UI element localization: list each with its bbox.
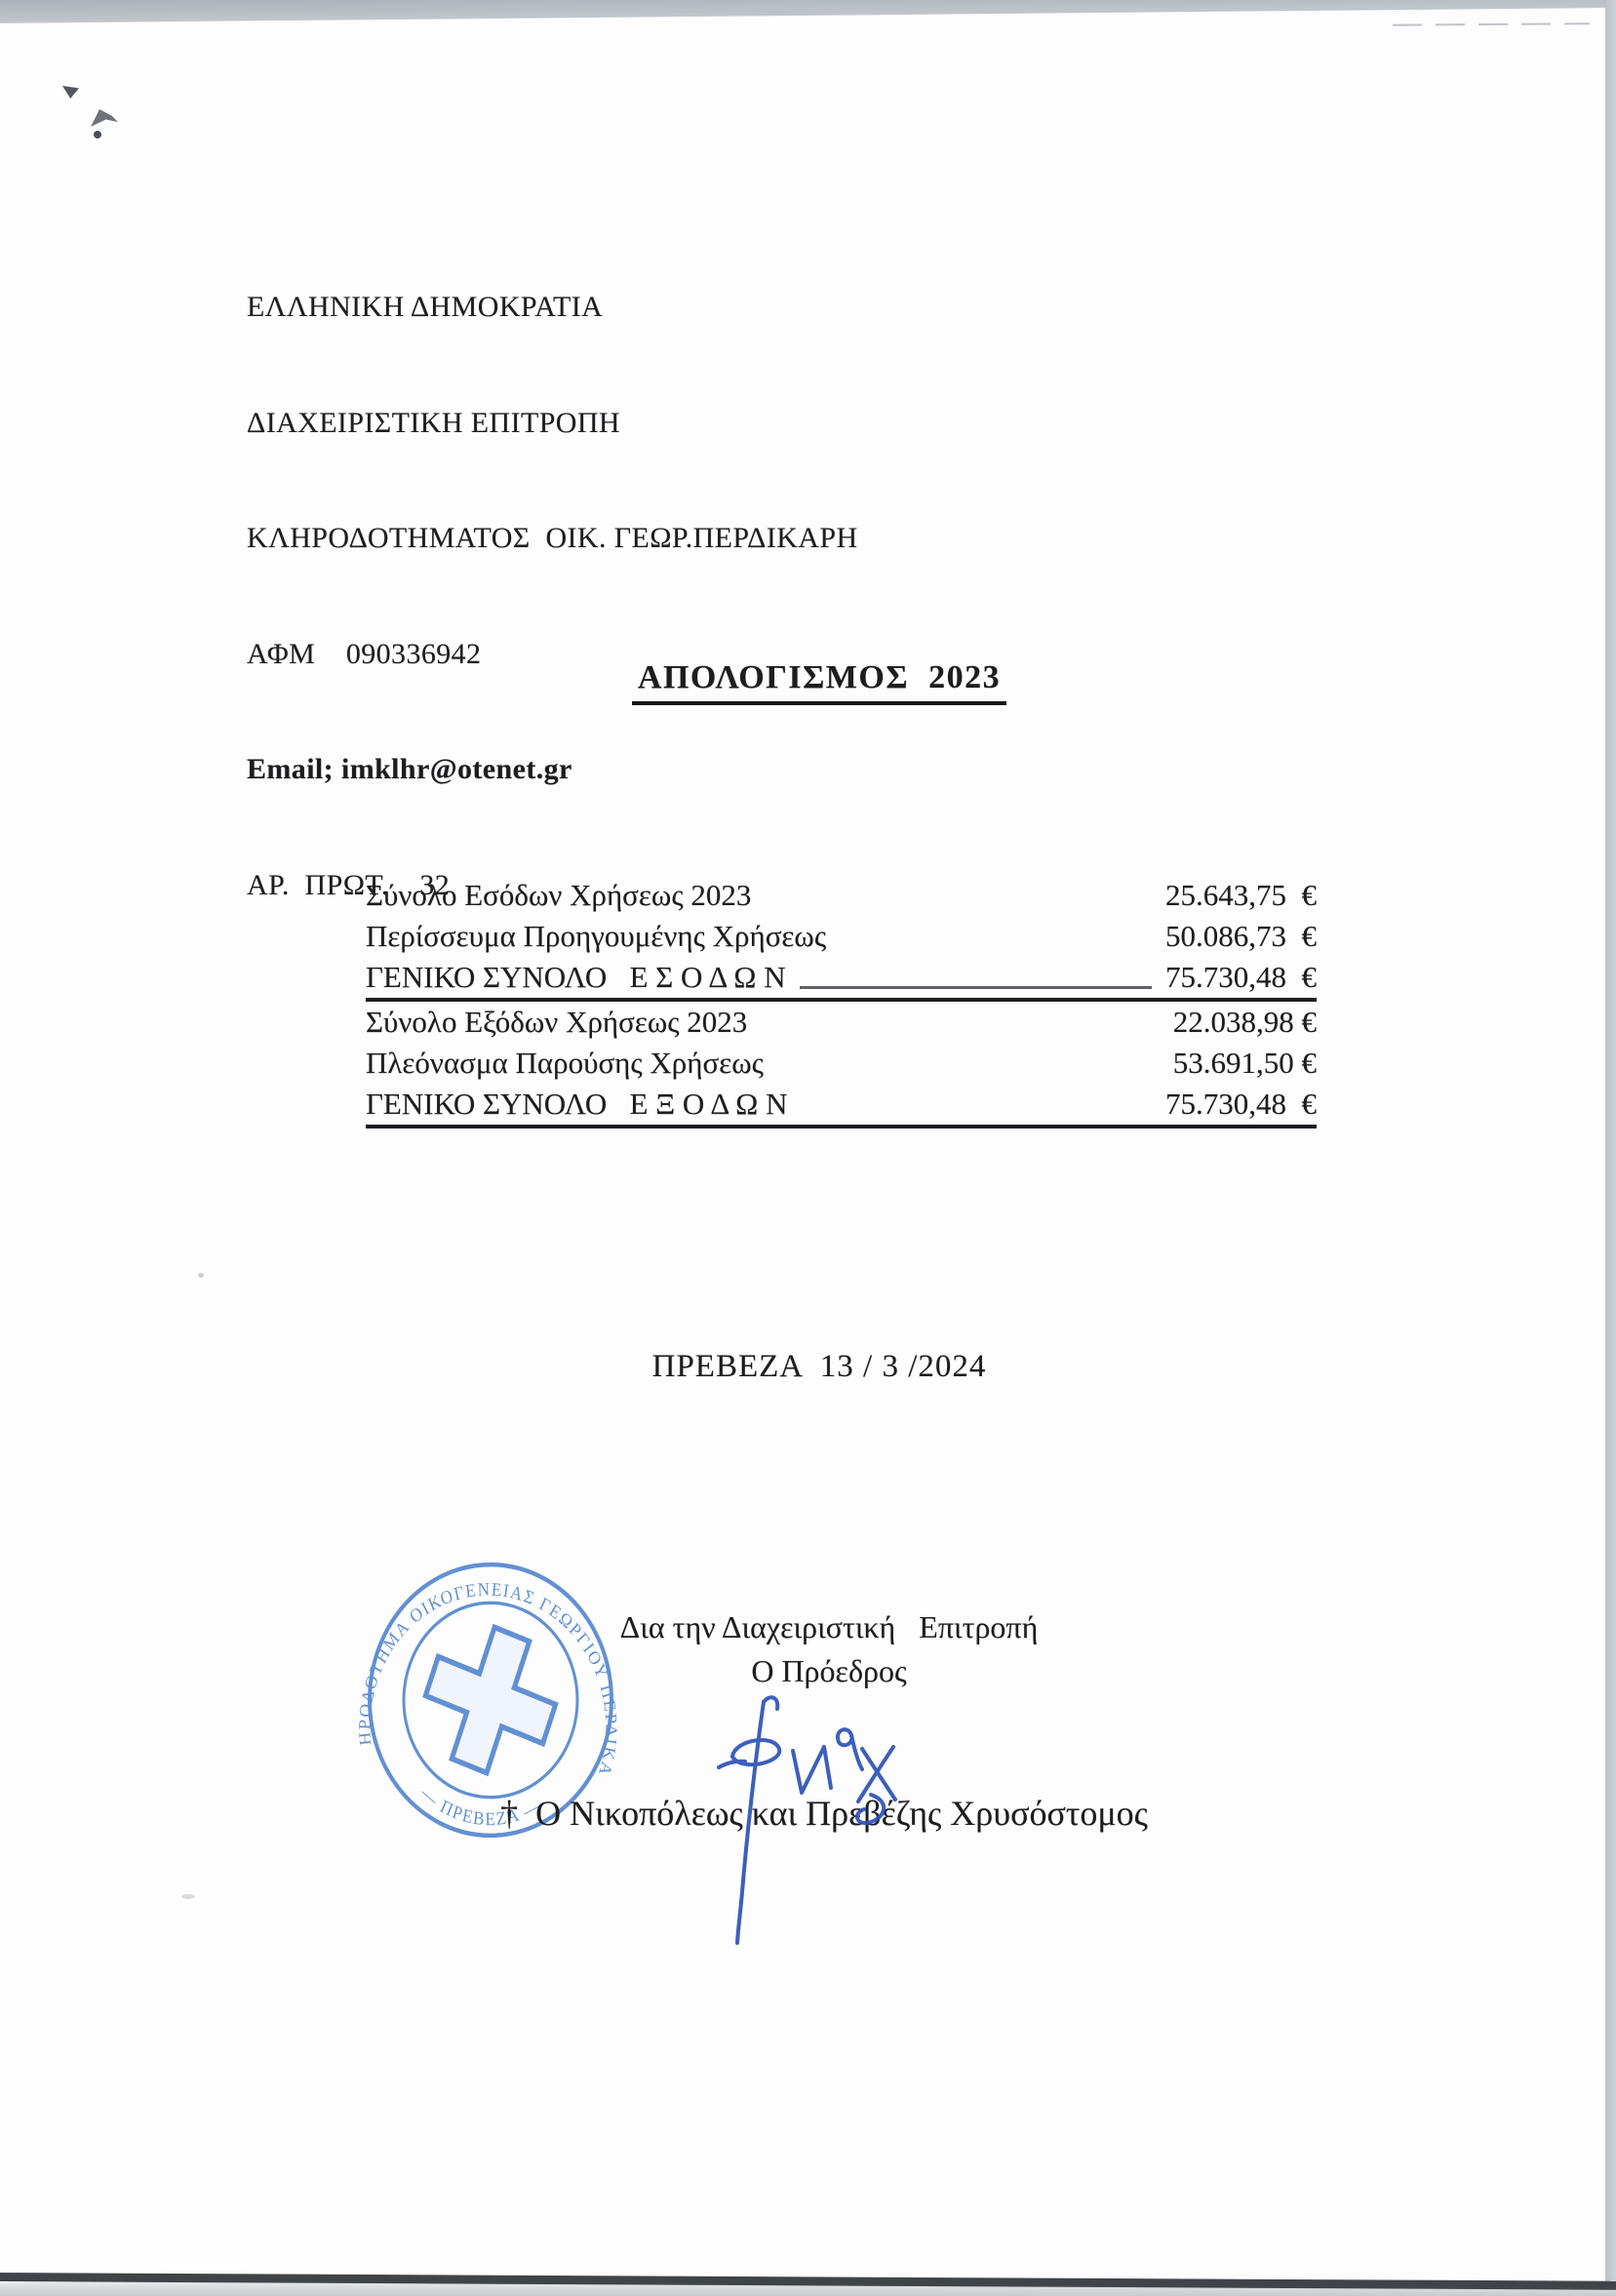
table-row: Σύνολο Εσόδων Χρήσεως 2023 25.643,75 €: [366, 875, 1317, 916]
row-label: Σύνολο Εσόδων Χρήσεως 2023: [366, 875, 751, 916]
row-label: ΓΕΝΙΚΟ ΣΥΝΟΛΟ Ε Ξ Ο Δ Ω Ν: [366, 1084, 787, 1125]
email-line: Email; imklhr@otenet.gr: [247, 750, 858, 789]
scan-dash-artifact: [1393, 22, 1590, 25]
page-title: ΑΠΟΛΟΓΙΣΜΟΣ 2023: [632, 659, 1006, 705]
table-row-total-income: ΓΕΝΙΚΟ ΣΥΝΟΛΟ Ε Σ Ο Δ Ω Ν 75.730,48 €: [366, 957, 1317, 1002]
row-amount: 22.038,98 €: [1173, 1002, 1317, 1043]
scan-speck: [91, 109, 118, 127]
letterhead: ΕΛΛΗΝΙΚΗ ΔΗΜΟΚΡΑΤΙΑ ΔΙΑΧΕΙΡΙΣΤΙΚΗ ΕΠΙΤΡΟ…: [247, 211, 858, 981]
row-amount: 75.730,48 €: [1165, 1084, 1317, 1125]
signing-committee-line: Δια την Διαχειριστική Επιτροπή: [488, 1609, 1170, 1645]
scan-edge-top: [0, 0, 1616, 23]
table-row: Περίσσευμα Προηγουμένης Χρήσεως 50.086,7…: [366, 916, 1317, 957]
scan-speck: [94, 131, 101, 139]
scan-speck: [198, 1273, 204, 1278]
scan-speck: [181, 1894, 195, 1899]
org-committee-line: ΔΙΑΧΕΙΡΙΣΤΙΚΗ ΕΠΙΤΡΟΠΗ: [247, 404, 858, 443]
scan-speck: [62, 86, 79, 99]
row-amount: 75.730,48 €: [1165, 957, 1317, 998]
org-country-line: ΕΛΛΗΝΙΚΗ ΔΗΜΟΚΡΑΤΙΑ: [247, 288, 858, 327]
table-row: Σύνολο Εξόδων Χρήσεως 2023 22.038,98 €: [366, 1002, 1317, 1043]
row-label: Σύνολο Εξόδων Χρήσεως 2023: [366, 1002, 747, 1043]
signature-scribble: [683, 1676, 936, 1959]
row-label: Πλεόνασμα Παρούσης Χρήσεως: [366, 1043, 764, 1084]
place-date: ΠΡΕΒΕΖΑ 13 / 3 /2024: [0, 1349, 1616, 1385]
row-amount: 53.691,50 €: [1173, 1043, 1317, 1084]
table-row-total-expenses: ΓΕΝΙΚΟ ΣΥΝΟΛΟ Ε Ξ Ο Δ Ω Ν 75.730,48 €: [366, 1084, 1317, 1128]
row-amount: 25.643,75 €: [1165, 875, 1317, 916]
table-row: Πλεόνασμα Παρούσης Χρήσεως 53.691,50 €: [366, 1043, 1317, 1084]
row-label: Περίσσευμα Προηγουμένης Χρήσεως: [366, 916, 826, 957]
row-amount: 50.086,73 €: [1165, 916, 1317, 957]
leader-line: [800, 986, 1152, 989]
org-bequest-line: ΚΛΗΡΟΔΟΤΗΜΑΤΟΣ ΟΙΚ. ΓΕΩΡ.ΠΕΡΔΙΚΑΡΗ: [247, 519, 858, 558]
row-label: ΓΕΝΙΚΟ ΣΥΝΟΛΟ Ε Σ Ο Δ Ω Ν: [366, 957, 786, 998]
title-row: ΑΠΟΛΟΓΙΣΜΟΣ 2023: [0, 659, 1616, 705]
scanned-document-page: ΕΛΛΗΝΙΚΗ ΔΗΜΟΚΡΑΤΙΑ ΔΙΑΧΕΙΡΙΣΤΙΚΗ ΕΠΙΤΡΟ…: [0, 0, 1616, 2296]
financial-summary-table: Σύνολο Εσόδων Χρήσεως 2023 25.643,75 € Π…: [366, 875, 1317, 1128]
scan-edge-right: [1605, 0, 1616, 2296]
